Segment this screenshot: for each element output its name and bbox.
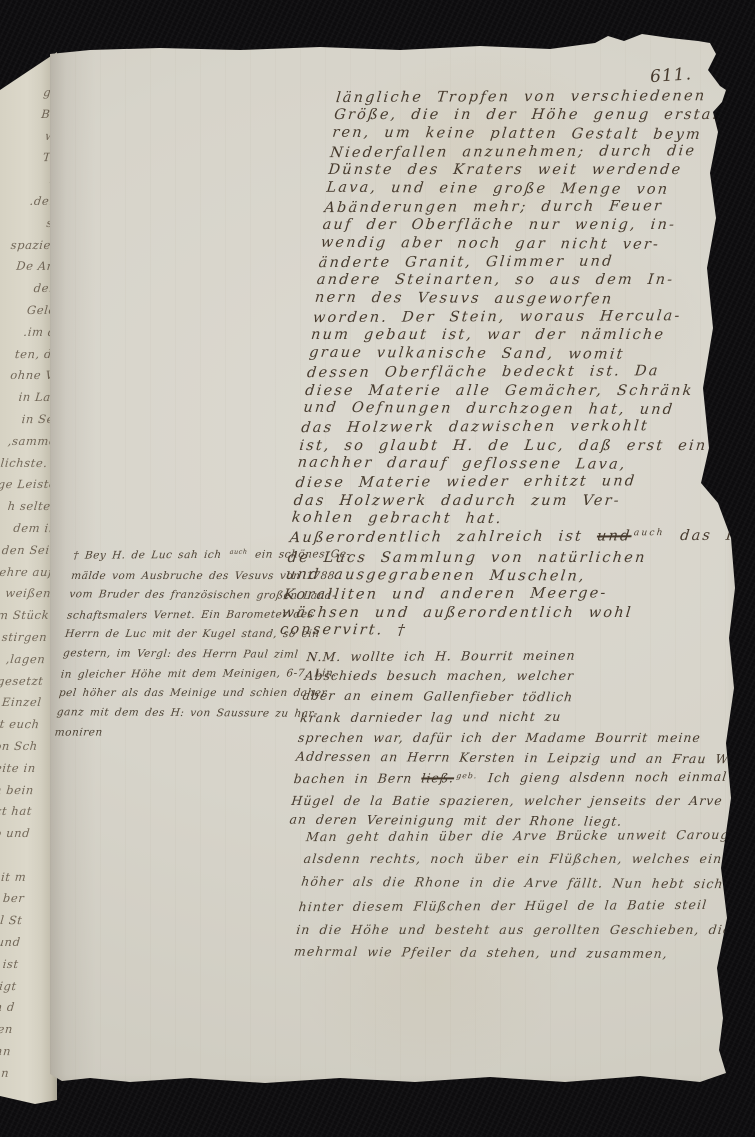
margin-note-line: † Bey H. de Luc sah ich auch ein schönes… bbox=[72, 545, 324, 567]
facing-page-line: acht euch bbox=[0, 714, 41, 736]
manuscript-line: hinter diesem Flüßchen der Hügel de la B… bbox=[297, 893, 740, 919]
margin-note-line: pel höher als das Meinige und schien dah… bbox=[58, 684, 310, 704]
facing-page-line: nen bein bbox=[0, 779, 35, 801]
manuscript-line: andere Steinarten, so aus dem In- bbox=[316, 271, 733, 289]
manuscript-line: ren, um keine platten Gestalt beym bbox=[331, 123, 748, 144]
manuscript-line: das Holzwerk dadurch zum Ver- bbox=[293, 492, 710, 510]
facing-page-line: lichste. H. bbox=[9, 452, 57, 474]
margin-note-line: vom Bruder des französischen großen Land… bbox=[68, 585, 320, 606]
facing-page-line: inem Stück bbox=[0, 605, 50, 627]
manuscript-line: das Holzwerk dazwischen verkohlt bbox=[300, 417, 717, 438]
margin-note: † Bey H. de Luc sah ich auch ein schönes… bbox=[54, 546, 325, 743]
page-number: 611. bbox=[649, 61, 740, 87]
margin-note-line: moniren bbox=[54, 723, 306, 744]
manuscript-line: alsdenn rechts, noch über ein Flüßchen, … bbox=[302, 847, 744, 870]
margin-note-line: mälde vom Ausbruche des Vesuvs von 1788 bbox=[70, 567, 322, 587]
facing-page-line: stalten d bbox=[0, 997, 16, 1019]
manuscript-scan: gingendBosquetweitertThier dEnd dden Fal… bbox=[0, 0, 755, 1137]
manuscript-line: Außerordentlich zahlreich ist undauch da… bbox=[289, 527, 706, 550]
facing-page-line: der ber bbox=[0, 888, 25, 910]
margin-note-line: Herrn de Luc mit der Kugel stand, so ein bbox=[64, 625, 316, 645]
manuscript-line: worden. Der Stein, woraus Hercula- bbox=[312, 307, 729, 328]
facing-page-line: nige Leistel bbox=[8, 474, 57, 496]
facing-page-line: r so und bbox=[0, 823, 31, 845]
facing-page-line: dem in bbox=[4, 518, 57, 540]
manuscript-line: Niederfallen anzunehmen; durch die bbox=[329, 142, 746, 163]
facing-page-line: lagen, bbox=[0, 649, 46, 671]
manuscript-line: Größe, die in der Höhe genug erstar- bbox=[333, 106, 750, 124]
main-text-middle-block: N.M. wollte ich H. Bourrit meinenAbschie… bbox=[288, 646, 748, 832]
manuscript-line: Man geht dahin über die Arve Brücke unwe… bbox=[305, 823, 748, 849]
manuscript-line: wendig aber noch gar nicht ver- bbox=[320, 233, 737, 254]
margin-note-line: gestern, im Vergl: des Herrn Paul ziml bbox=[62, 644, 314, 665]
facing-page-line bbox=[0, 845, 29, 867]
facing-page-line: chen und bbox=[0, 932, 21, 954]
facing-page-line: gesetzt hat. bbox=[0, 801, 33, 823]
manuscript-line: N.M. wollte ich H. Bourrit meinen bbox=[306, 645, 748, 668]
manuscript-line: dessen Oberfläche bedeckt ist. Da bbox=[306, 362, 723, 383]
facing-page-line: von Sch bbox=[0, 736, 39, 758]
facing-page-sliver: gingendBosquetweitertThier dEnd dden Fal… bbox=[0, 24, 57, 1106]
facing-page-line: r gesetzt bbox=[0, 670, 44, 692]
facing-page-line: rkeit m bbox=[0, 867, 27, 889]
manuscript-line: Abschieds besuch machen, welcher bbox=[303, 666, 745, 686]
facing-page-line: rstan bbox=[0, 1063, 10, 1085]
margin-note-line: schaftsmalers Vernet. Ein Barometer des bbox=[66, 605, 318, 626]
main-text-lower-block: Man geht dahin über die Arve Brücke unwe… bbox=[293, 824, 748, 964]
manuscript-line: aber an einem Gallenfieber tödlich bbox=[301, 685, 743, 708]
manuscript-line: bachen in Bern ließ.geb. Ich gieng alsde… bbox=[292, 767, 734, 792]
manuscript-line: diese Materie wieder erhitzt und bbox=[295, 472, 712, 493]
manuscript-page: 611. längliche Tropfen von verschiedenen… bbox=[50, 28, 740, 1090]
manuscript-line: änderte Granit, Glimmer und bbox=[318, 252, 735, 273]
facing-page-text-fragments: gingendBosquetweitertThier dEnd dden Fal… bbox=[0, 82, 57, 1085]
facing-page-line: weißen bbox=[0, 583, 52, 605]
manuscript-line: Lava, und eine große Menge von bbox=[326, 178, 743, 199]
manuscript-line: krank darnieder lag und nicht zu bbox=[299, 706, 741, 729]
manuscript-line: auf der Oberfläche nur wenig, in- bbox=[322, 216, 739, 234]
manuscript-line: diese Materie alle Gemächer, Schränk bbox=[304, 382, 721, 400]
manuscript-line: längliche Tropfen von verschiedenen bbox=[335, 87, 752, 108]
facing-page-line: denen bbox=[0, 1019, 14, 1041]
manuscript-line: wächsen und außerordentlich wohl bbox=[281, 604, 698, 622]
manuscript-line: sprechen war, dafür ich der Madame Bourr… bbox=[297, 728, 739, 748]
manuscript-line: Dünste des Kraters weit werdende bbox=[327, 161, 744, 179]
facing-page-line: Insel St. bbox=[0, 910, 23, 932]
facing-page-line: lehre auf bbox=[0, 562, 54, 584]
facing-page-line: Seite in bbox=[0, 758, 37, 780]
manuscript-line: Hügel de la Batie spazieren, welcher jen… bbox=[290, 791, 732, 811]
manuscript-line: höher als die Rhone in die Arve fällt. N… bbox=[300, 869, 742, 895]
facing-page-line: stirgen bbox=[0, 627, 48, 649]
facing-page-line: te. Einzel bbox=[0, 692, 42, 714]
manuscript-line: in die Höhe und besteht aus gerollten Ge… bbox=[295, 918, 737, 941]
manuscript-line: num gebaut ist, war der nämliche bbox=[310, 326, 727, 344]
facing-page-line: er zeigt bbox=[0, 976, 18, 998]
manuscript-line: conservirt. † bbox=[279, 621, 696, 642]
facing-page-line: an ist bbox=[0, 954, 20, 976]
manuscript-line: ist, so glaubt H. de Luc, daß erst ein bbox=[298, 437, 715, 455]
manuscript-line: Koralliten und anderen Meerge- bbox=[283, 584, 700, 605]
facing-page-line: nächst ihn bbox=[0, 1041, 12, 1063]
margin-note-line: in gleicher Höhe mit dem Meinigen, 6-7. … bbox=[60, 664, 312, 685]
margin-note-line: ganz mit dem des H: von Saussure zu har- bbox=[56, 703, 308, 724]
facing-page-line: g den Seit bbox=[2, 540, 56, 562]
manuscript-line: mehrmal wie Pfeiler da stehen, und zusam… bbox=[293, 940, 735, 966]
facing-page-line: h selten bbox=[6, 496, 57, 518]
manuscript-line: Abänderungen mehr; durch Feuer bbox=[323, 197, 740, 218]
